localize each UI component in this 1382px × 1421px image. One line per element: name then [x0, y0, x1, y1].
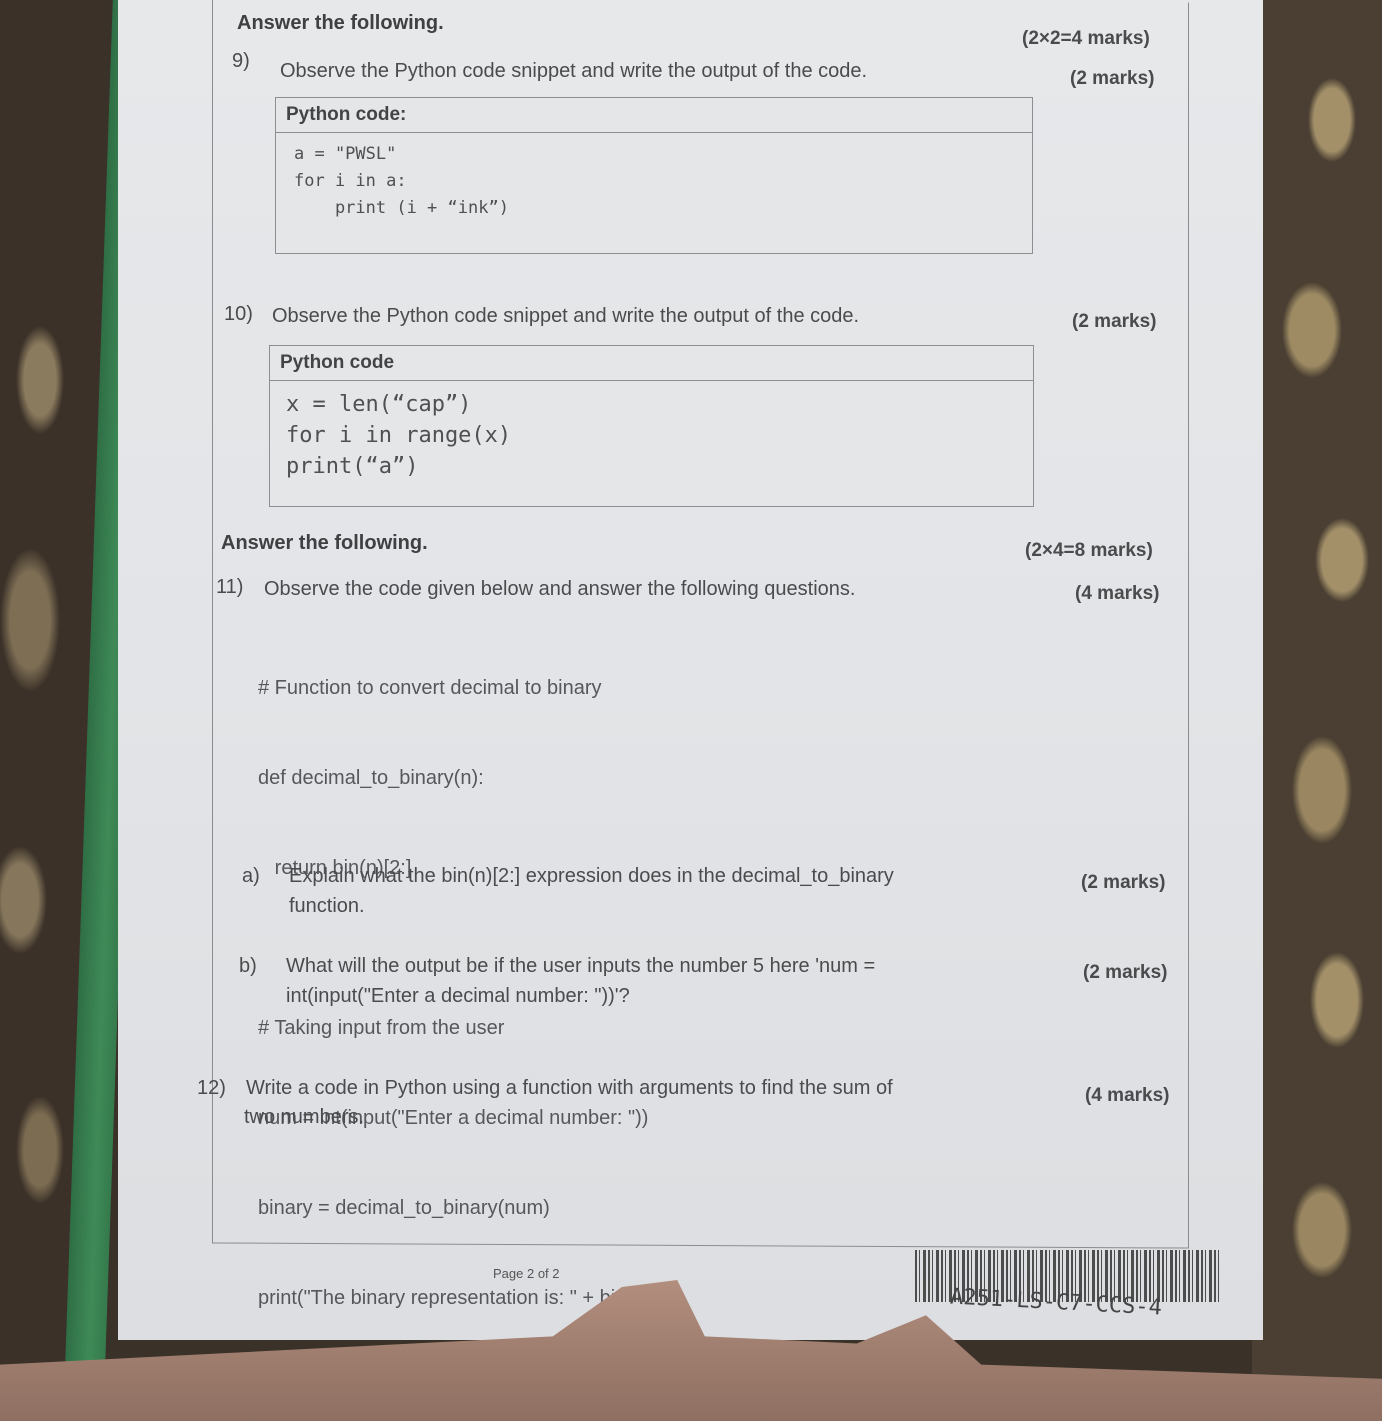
q9-code: a = "PWSL" for i in a: print (i + “ink”) [276, 133, 1032, 230]
code-line: # Function to convert decimal to binary [258, 673, 661, 703]
q11b-marks: (2 marks) [1083, 962, 1168, 984]
q11a-line1: Explain what the bin(n)[2:] expression d… [289, 865, 894, 888]
q11-code: # Function to convert decimal to binary … [258, 613, 661, 1343]
q9-number: 9) [232, 50, 250, 73]
q12-marks: (4 marks) [1085, 1085, 1170, 1107]
q9-text: Observe the Python code snippet and writ… [280, 60, 867, 83]
code-line: def decimal_to_binary(n): [258, 763, 661, 793]
q11-text: Observe the code given below and answer … [264, 578, 855, 601]
code-line: for i in a: [294, 168, 1014, 195]
code-line: a = "PWSL" [294, 141, 1014, 168]
code-line: print (i + “ink”) [294, 195, 1014, 222]
background-fabric-right [1252, 0, 1382, 1421]
code-line: # Taking input from the user [258, 1013, 661, 1043]
q11a-label: a) [242, 865, 260, 888]
q10-code-header: Python code [270, 346, 1033, 381]
q11-marks: (4 marks) [1075, 583, 1160, 605]
q12-line1: Write a code in Python using a function … [246, 1077, 893, 1100]
page-number: Page 2 of 2 [493, 1266, 560, 1281]
q11b-line2: int(input("Enter a decimal number: "))'? [286, 985, 630, 1008]
q9-code-header: Python code: [276, 98, 1032, 133]
q9-code-box: Python code: a = "PWSL" for i in a: prin… [275, 97, 1033, 254]
q10-marks: (2 marks) [1072, 311, 1157, 333]
q12-line2: two numbers. [244, 1106, 364, 1129]
code-line: for i in range(x) [286, 420, 1015, 451]
section-b-marks: (2×4=8 marks) [1025, 540, 1153, 562]
code-spacer [258, 943, 661, 953]
code-line: x = len(“cap”) [286, 389, 1015, 420]
section-a-heading: Answer the following. [237, 12, 444, 35]
q9-marks: (2 marks) [1070, 68, 1155, 90]
code-line: binary = decimal_to_binary(num) [258, 1193, 661, 1223]
code-line: print(“a”) [286, 451, 1015, 482]
q11b-label: b) [239, 955, 257, 978]
q10-text: Observe the Python code snippet and writ… [272, 305, 859, 328]
q10-number: 10) [224, 303, 253, 326]
q11a-marks: (2 marks) [1081, 872, 1166, 894]
q11a-line2: function. [289, 895, 365, 918]
section-b-heading: Answer the following. [221, 532, 428, 555]
q11b-line1: What will the output be if the user inpu… [286, 955, 875, 978]
q11-number: 11) [216, 576, 243, 599]
section-a-marks: (2×2=4 marks) [1022, 28, 1150, 50]
q12-number: 12) [197, 1077, 226, 1100]
q10-code-box: Python code x = len(“cap”) for i in rang… [269, 345, 1034, 507]
q10-code: x = len(“cap”) for i in range(x) print(“… [270, 381, 1033, 490]
